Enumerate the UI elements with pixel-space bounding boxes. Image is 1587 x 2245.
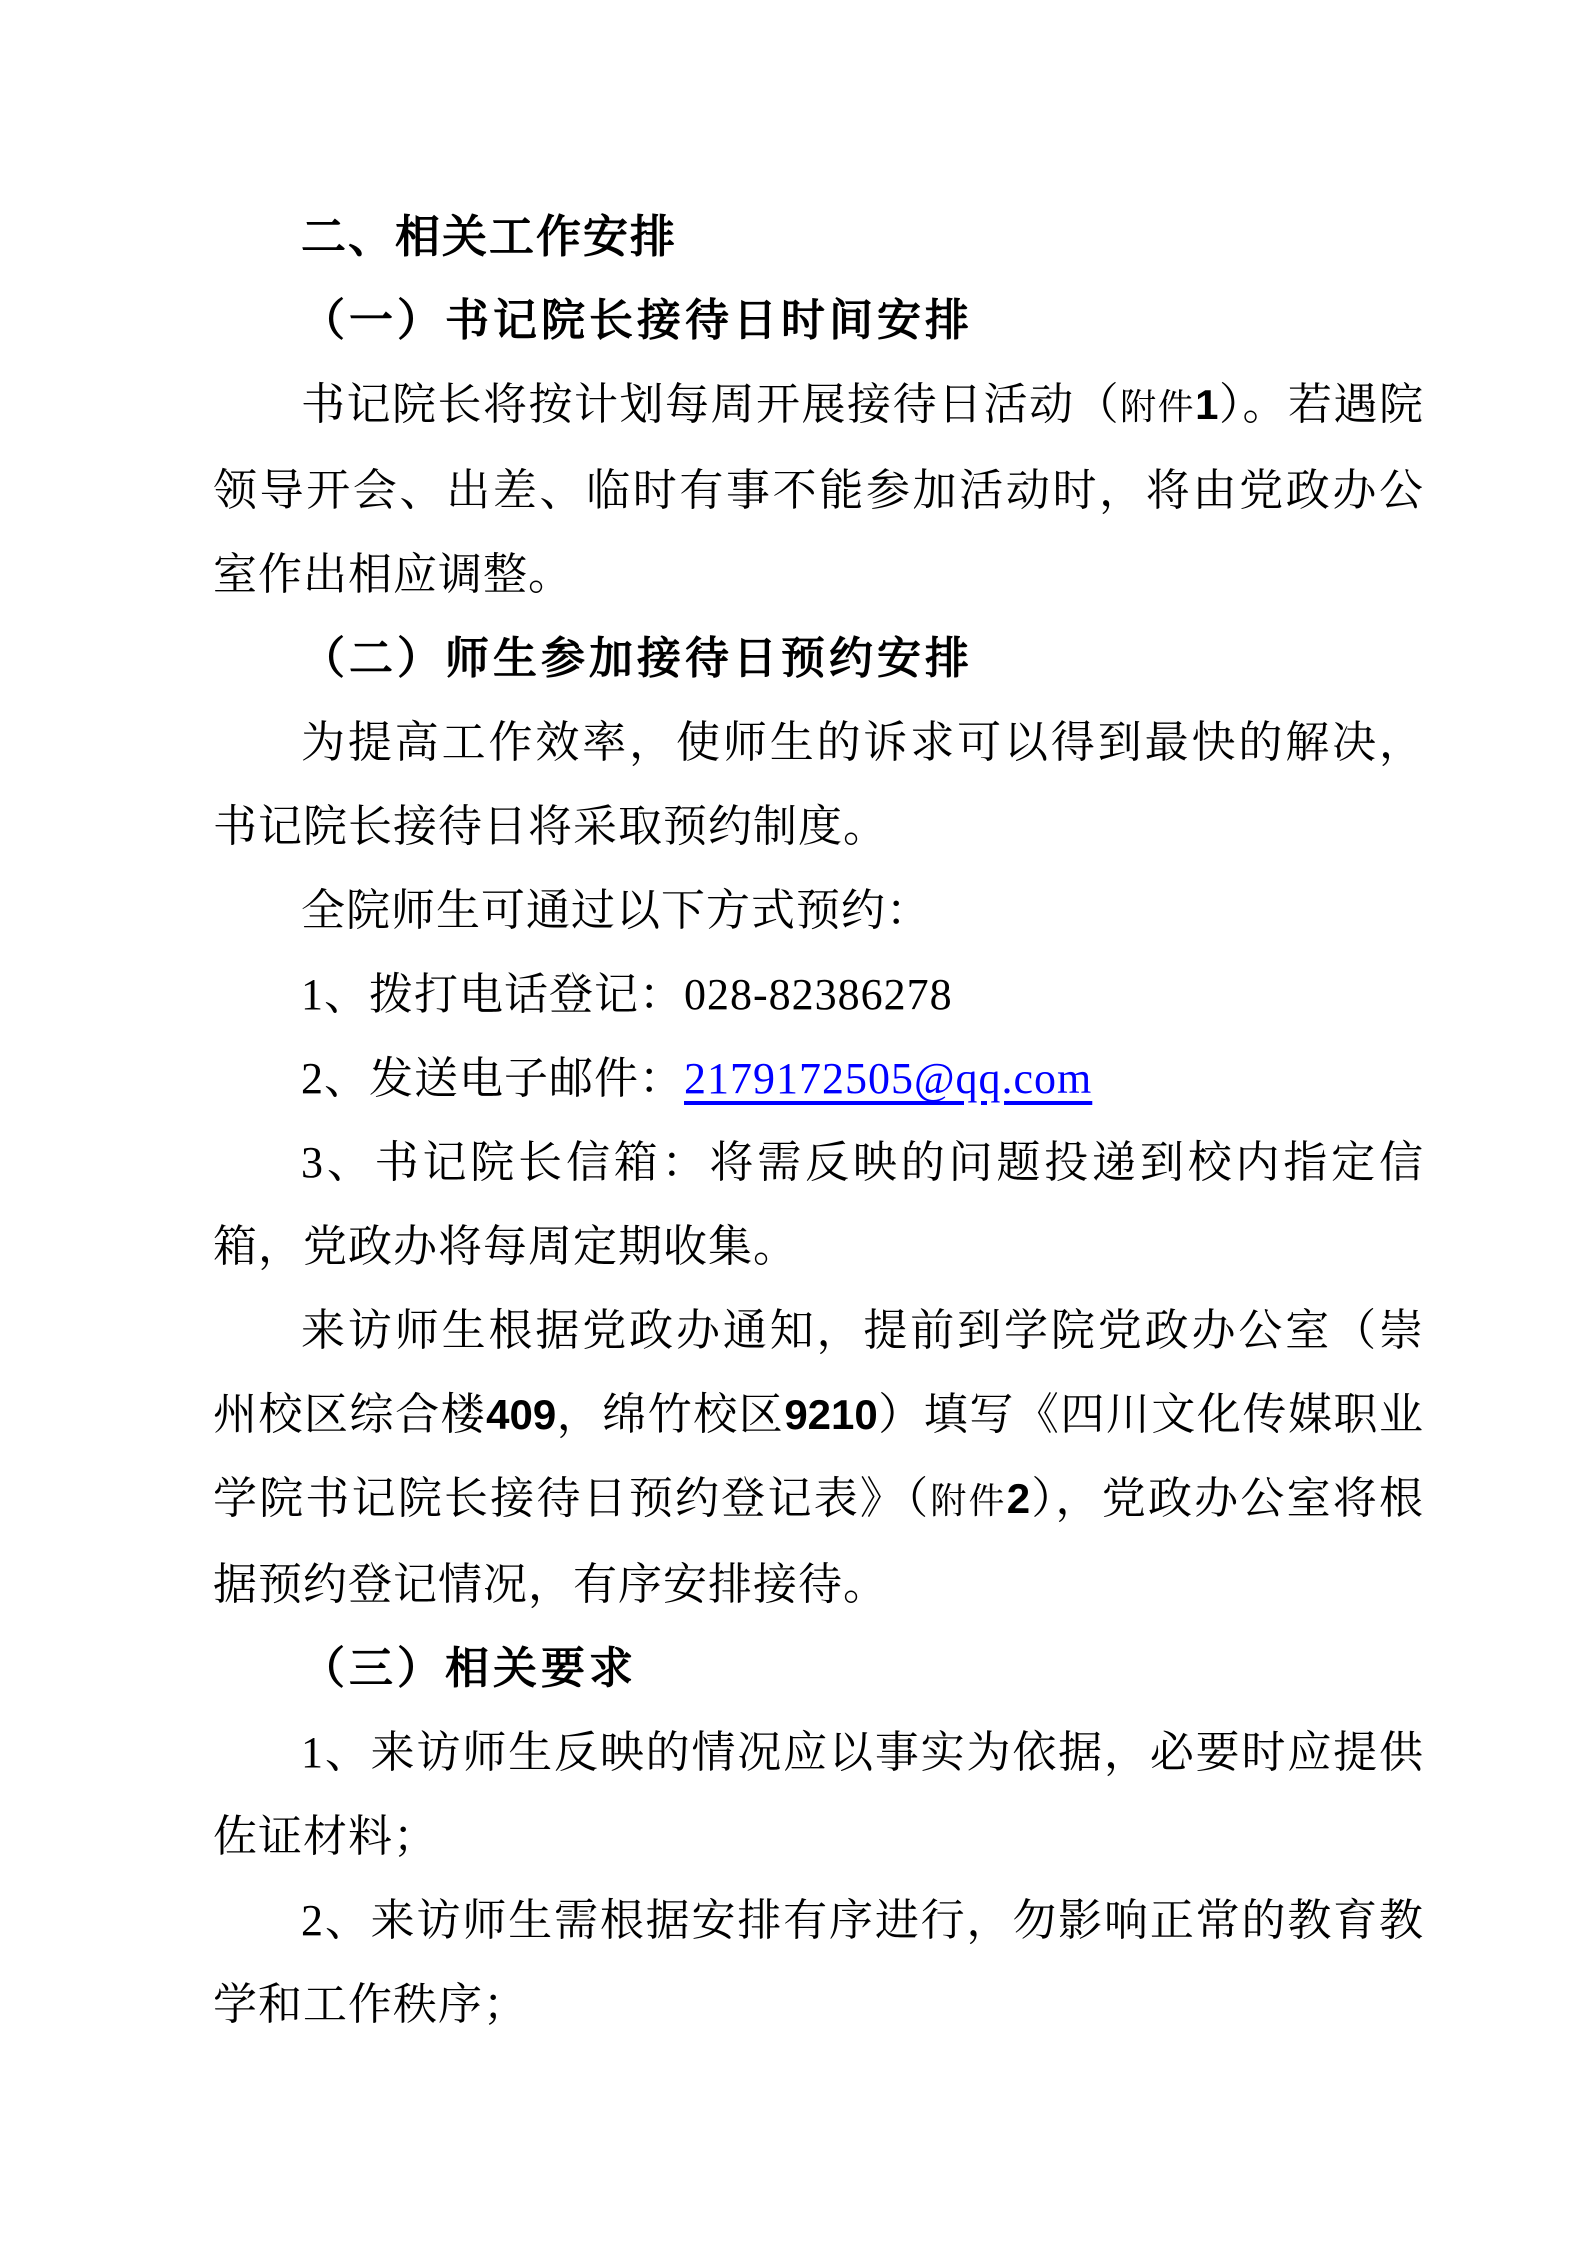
paragraph-requirement-2: 2、来访师生需根据安排有序进行，勿影响正常的教育教学和工作秩序；: [213, 1879, 1424, 2047]
paragraph-efficiency: 为提高工作效率，使师生的诉求可以得到最快的解决，书记院长接待日将采取预约制度。: [213, 701, 1424, 869]
paragraph-schedule: 书记院长将按计划每周开展接待日活动（附件1）。若遇院领导开会、出差、临时有事不能…: [213, 363, 1424, 617]
paragraph-method-mailbox: 3、书记院长信箱：将需反映的问题投递到校内指定信箱，党政办将每周定期收集。: [213, 1121, 1424, 1289]
subsection-heading-2: （二）师生参加接待日预约安排: [213, 617, 1424, 701]
visit-text-2: ，绵竹校区: [556, 1390, 784, 1439]
document-page: 二、相关工作安排 （一）书记院长接待日时间安排 书记院长将按计划每周开展接待日活…: [0, 0, 1587, 2245]
attachment-1-label: 附件: [1120, 387, 1195, 427]
email-link[interactable]: 2179172505@qq.com: [684, 1054, 1092, 1103]
attachment-2-number: 2: [1007, 1475, 1030, 1522]
section-heading: 二、相关工作安排: [213, 195, 1424, 279]
room-number-mianzhu: 9210: [784, 1391, 877, 1438]
attachment-1-number: 1: [1195, 381, 1218, 428]
paragraph-visit-procedure: 来访师生根据党政办通知，提前到学院党政办公室（崇州校区综合楼409，绵竹校区92…: [213, 1289, 1424, 1627]
schedule-text-1: 书记院长将按计划每周开展接待日活动（: [301, 380, 1120, 429]
attachment-2-label: 附件: [930, 1481, 1006, 1521]
paragraph-method-email: 2、发送电子邮件：2179172505@qq.com: [213, 1037, 1424, 1121]
email-method-label: 2、发送电子邮件：: [301, 1054, 684, 1103]
phone-number: 028-82386278: [684, 970, 953, 1019]
subsection-heading-3: （三）相关要求: [213, 1627, 1424, 1711]
subsection-heading-1: （一）书记院长接待日时间安排: [213, 279, 1424, 363]
paragraph-methods-intro: 全院师生可通过以下方式预约：: [213, 869, 1424, 953]
paragraph-requirement-1: 1、来访师生反映的情况应以事实为依据，必要时应提供佐证材料；: [213, 1711, 1424, 1879]
paragraph-method-phone: 1、拨打电话登记：028-82386278: [213, 953, 1424, 1037]
room-number-chongzhou: 409: [486, 1391, 556, 1438]
phone-method-label: 1、拨打电话登记：: [301, 970, 684, 1019]
